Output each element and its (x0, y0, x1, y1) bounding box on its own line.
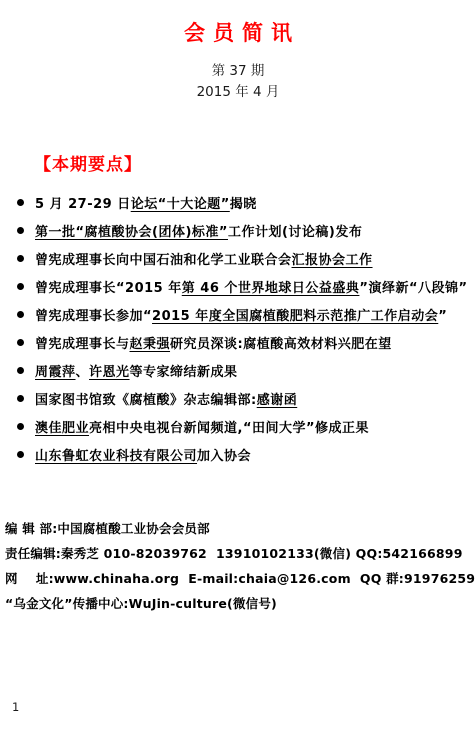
highlight-item: 5 月 27-29 日论坛“十大论题”揭晓 (0, 188, 476, 216)
highlight-item: 第一批“腐植酸协会(团体)标准”工作计划(讨论稿)发布 (0, 216, 476, 244)
highlight-text: 5 月 27-29 日论坛“十大论题”揭晓 (35, 193, 257, 212)
bullet-icon (17, 423, 24, 430)
highlight-item: 国家图书馆致《腐植酸》杂志编辑部:感谢函 (0, 384, 476, 412)
highlight-text: 曾宪成理事长向中国石油和化学工业联合会汇报协会工作 (35, 249, 373, 268)
footer-line: 网 址:www.chinaha.org E-mail:chaia@126.com… (5, 566, 476, 591)
bullet-icon (17, 395, 24, 402)
highlight-item: 曾宪成理事长向中国石油和化学工业联合会汇报协会工作 (0, 244, 476, 272)
highlight-item: 曾宪成理事长参加“2015 年度全国腐植酸肥料示范推广工作启动会” (0, 300, 476, 328)
footer: 编 辑 部:中国腐植酸工业协会会员部责任编辑:秦秀芝 010-82039762 … (0, 516, 476, 616)
issue-number: 第 37 期 (0, 63, 476, 80)
issue-date: 2015 年 4 月 (0, 84, 476, 101)
highlight-item: 曾宪成理事长“2015 年第 46 个世界地球日公益盛典”演绎新“八段锦” (0, 272, 476, 300)
highlight-text: 山东鲁虹农业科技有限公司加入协会 (35, 445, 251, 464)
bullet-icon (17, 367, 24, 374)
bullet-icon (17, 451, 24, 458)
footer-line: 责任编辑:秦秀芝 010-82039762 13910102133(微信) QQ… (5, 541, 476, 566)
highlight-text: 国家图书馆致《腐植酸》杂志编辑部:感谢函 (35, 389, 297, 408)
highlight-item: 曾宪成理事长与赵秉强研究员深谈:腐植酸高效材料兴肥在望 (0, 328, 476, 356)
highlight-item: 周霞萍、许恩光等专家缔结新成果 (0, 356, 476, 384)
bullet-icon (17, 227, 24, 234)
bullet-icon (17, 283, 24, 290)
highlight-text: 澳佳肥业亮相中央电视台新闻频道,“田间大学”修成正果 (35, 417, 369, 436)
highlight-item: 澳佳肥业亮相中央电视台新闻频道,“田间大学”修成正果 (0, 412, 476, 440)
bullet-icon (17, 199, 24, 206)
bullet-icon (17, 311, 24, 318)
highlight-item: 山东鲁虹农业科技有限公司加入协会 (0, 440, 476, 468)
page-title: 会员简讯 (0, 0, 476, 46)
highlight-text: 曾宪成理事长与赵秉强研究员深谈:腐植酸高效材料兴肥在望 (35, 333, 392, 352)
highlights-list: 5 月 27-29 日论坛“十大论题”揭晓第一批“腐植酸协会(团体)标准”工作计… (0, 188, 476, 468)
highlight-text: 曾宪成理事长“2015 年第 46 个世界地球日公益盛典”演绎新“八段锦” (35, 277, 468, 296)
page-number: 1 (12, 700, 19, 714)
section-header: 【本期要点】 (34, 154, 476, 176)
highlight-text: 周霞萍、许恩光等专家缔结新成果 (35, 361, 238, 380)
footer-line: “乌金文化”传播中心:WuJin-culture(微信号) (5, 591, 476, 616)
highlight-text: 第一批“腐植酸协会(团体)标准”工作计划(讨论稿)发布 (35, 221, 362, 240)
highlight-text: 曾宪成理事长参加“2015 年度全国腐植酸肥料示范推广工作启动会” (35, 305, 447, 324)
bullet-icon (17, 255, 24, 262)
newsletter-page: 会员简讯 第 37 期 2015 年 4 月 【本期要点】 5 月 27-29 … (0, 0, 476, 732)
bullet-icon (17, 339, 24, 346)
footer-line: 编 辑 部:中国腐植酸工业协会会员部 (5, 516, 476, 541)
